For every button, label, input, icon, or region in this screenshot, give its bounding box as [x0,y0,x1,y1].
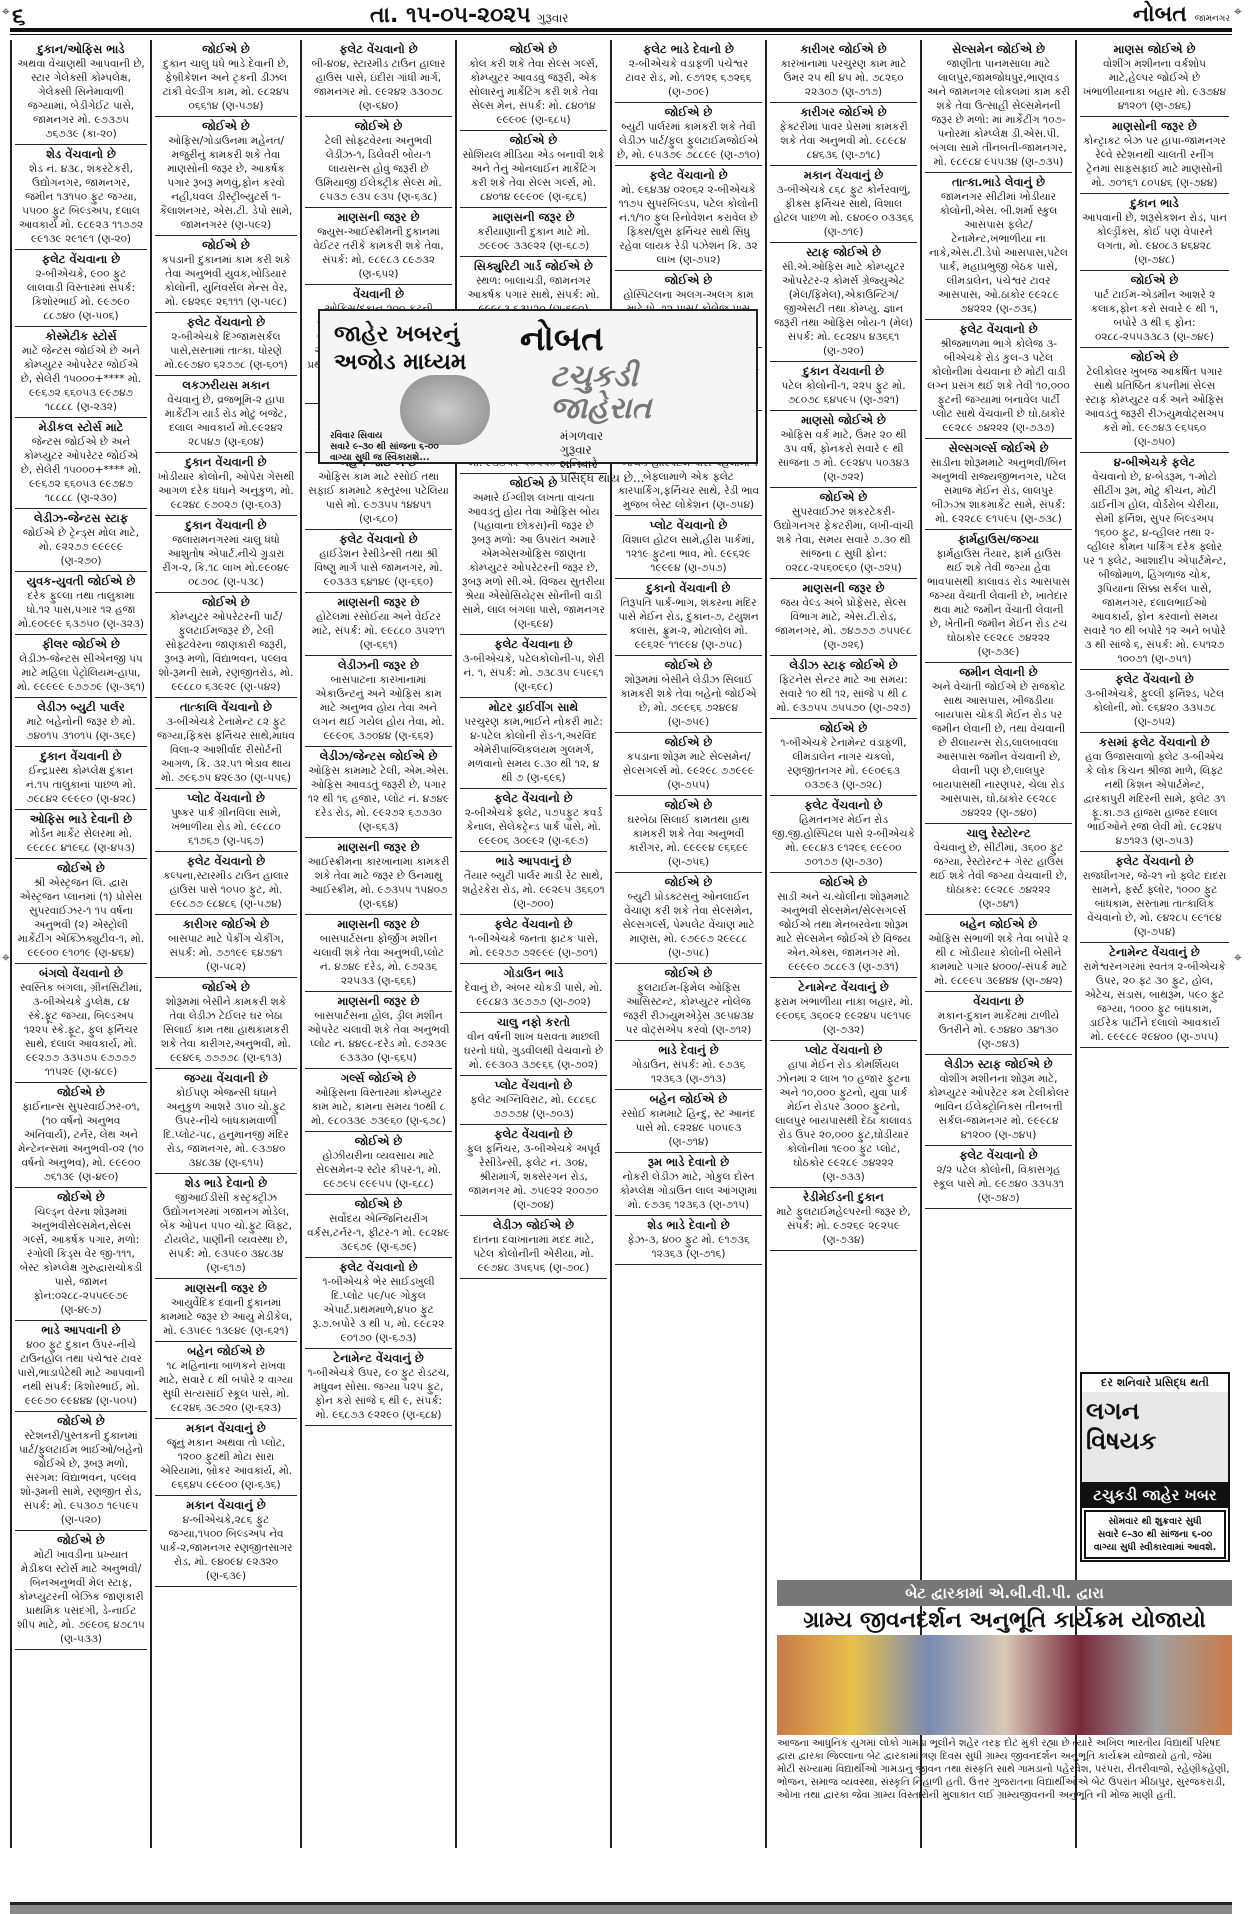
ad-body: જાણીતા પાનમસાલા માટે લાલપુર,જામજોધપુર,ભા… [927,57,1070,169]
ad-body: ૧-બીએચકે ટેનામેન્ટ વંડાફળી, લીમડાલેન નાગ… [772,736,915,792]
ad-body: શ્રીજમાળમાં ભાગે કોલેજ ૩-બીએચકે રોડ કુલ-… [927,337,1070,435]
classified-ad: ભાડે દેવાનું છેગોડાઉન, સંપર્ક: મો. ૯૭૩૬ … [615,1041,762,1090]
news-photo [777,1635,1232,1735]
ad-body: કરીયાણાની દુકાન માટે મો. ૭૯૯૦૯ ૩૩૯૨૨ (ણ-… [462,225,605,253]
ad-title: જોઈએ છે [157,119,295,134]
classified-ad: જોઈએ છેપાર્ટ ટાઈમ-એડમીન આશરે ૨ કલાક,ફોન … [1080,271,1229,348]
classified-ad: જોઈએ છેબ્યુટી પાર્લરમાં કામકરી શકે તેવી … [615,103,762,166]
classified-ad: સેલ્સમેન જોઈએ છેજાણીતા પાનમસાલા માટે લાલ… [925,40,1072,173]
ad-title: લેડીઝની જરૂર છે [307,658,450,673]
classified-ad: જોઈએ છેસાડી અને ચ.ચોલીના શોરૂમમાટે અનુભવ… [770,873,917,978]
ad-title: દુકાનો વેંચવાની છે [617,581,760,596]
classified-ad: માણસની જરૂર છેકરીયાણાની દુકાન માટે મો. ૭… [460,208,607,257]
ad-body: શોરૂમમાં બેસીને લેડીઝ સિલાઈ કામકરી શકે ત… [617,673,760,729]
ad-body: ગોડાઉન, સંપર્ક: મો. ૯૭૩૬ ૧૨૩૬૩ (ણ-૭૧૩) [617,1058,760,1086]
ad-title: માણસની જરૂર છે [772,581,915,596]
classified-ad: ફલેટ વેંચવાનો છેહિમતનગર મેઈન રોડ જી.જી.હ… [770,796,917,873]
classified-column: માણસ જોઈએ છેવોશીંગ મશીનના વર્કશોપ માટે,હ… [1075,40,1232,1848]
registration-mark-icon: ⌖ [2,950,10,966]
promo-timing: રવિવાર સિવાય સવારે ૯-૩૦ થી સાંજના ૬-૦૦ વ… [330,431,439,464]
ad-title: જોઈએ છે [307,119,450,134]
classified-ad: લેડીઝની જરૂર છેબાસપાટના કારખાનામાં એકાઉન… [305,656,452,747]
ad-body: ૧-બીએચકે ઉપર, ૯૦ ફુટ રોડટચ, મધુવન સોસા. … [307,1366,450,1422]
ad-title: દુકાન વેંચવાની છે [17,749,145,764]
classified-ad: જોઈએ છેફાઈનાન્સ સુપરવાઈઝર-૦૧, (૧૦ વર્ષનો… [15,1083,147,1188]
classified-ad: સ્ટાફ જોઈએ છેસી.એ.ઓફિસ માટે કોમ્પ્યુટર ઓ… [770,243,917,362]
ad-title: રેડીમેઈડની દુકાન [772,1190,915,1205]
classified-ad: બહેન જોઈએ છેરસોઈ કામમાટે હિન્દુ, સ્ટ આનં… [615,1090,762,1153]
ad-body: જીઆઈડીસી કંસ્ટ્રક્ટ્રીઝ ઉદ્યોગનગરમાં ગજા… [157,1191,295,1275]
classified-ad: જોઈએ છેશ્રી એસ્ટ્રજન લિ. દ્વારા એસ્ટ્રજન… [15,859,147,964]
promo-brand-logo: નોબત [520,319,604,359]
classified-ad: કારીગર જોઈએ છેકારખાનામાં પરચુરણ કામ માટે… [770,40,917,103]
ad-body: ઓફિસ કામ માટે રસોઈ તથા સફાઈ કામમાટે કસ્ત… [307,470,450,526]
classified-ad: રેડીમેઈડની દુકાનમાટે ફુલટાઈમહેલ્પરની જરૂ… [770,1188,917,1251]
classified-ad: માણસની જરૂર છેજ્યુસ-આઈસ્ક્રીમની દુકાનમાં… [305,208,452,285]
classified-ad: દુકાન વેંચવાની છેખોડીયાર કોલોની, ઓપેરા ગ… [155,453,297,516]
classified-ad: જોઈએ છેશોરૂમમાં બેસીને કામકરી શકે તેવા લ… [155,978,297,1069]
ad-title: જોઈએ છે [1082,273,1227,288]
registration-mark-icon: ⌖ [1234,950,1242,966]
ad-body: રામેશ્વરનગરમાં સ્વતંત્ર ૨-બીએચકે ઉપર, ૨૦… [1082,960,1227,1044]
ad-title: વેંચવાના છે [927,994,1070,1009]
ad-title: ફલેટ વેંચવાનો છે [927,322,1070,337]
classified-ad: ફલેટ ભાડે દેવાનો છે૨-બીએચકે વંડાફળી પંચે… [615,40,762,103]
ad-title: જોઈએ છે [17,861,145,876]
classified-ad: માણસની જરૂર છેઆઈસ્ક્રીમના કારખાનામાં કામ… [305,838,452,915]
ad-body: અને વેચાતી જોઈએ છે રાજકોટ સાથ આસપાસ, ખીજ… [927,680,1070,820]
classified-ad: જોઈએ છેસર્વોદય એન્જિનિયરીંગ વર્કસ,ટર્નર-… [305,1195,452,1258]
ad-body: મોટી ખાવડીના પ્રખ્યાત મેડીકલ સ્ટોર્સ માટ… [17,1548,145,1646]
ad-body: આઈસ્ક્રીમના કારખાનામાં કામકરી શકે તેવા મ… [307,855,450,911]
ad-body: બાસપાર્ટસના ફોર્જીંગ મશીન ચલાવી શકે તેવા… [307,932,450,988]
ad-body: ૩-બીએચકે, પટેલકોલોની-૫, શેરી નં. ૧, સંપર… [462,652,605,694]
ad-body: શોરૂમમાં બેસીને કામકરી શકે તેવા લેડીઝ ટે… [157,995,295,1065]
ad-title: દુકાન વેંચવાની છે [157,455,295,470]
ad-title: કારીગર જોઈએ છે [772,42,915,57]
ad-title: દુકાન વેંચવાની છે [157,518,295,533]
ad-title: ફલેટ વેંચવાનો છે [617,168,760,183]
classified-ad: બંગલો વેંચવાનો છેસ્વસ્તિક બંગલા, ગ્રીનસિ… [15,964,147,1083]
classified-ad: ફલેટ વેંચવાનો છેફુલ ફર્નિચર, ૩-બીએચકે અપ… [460,1125,607,1216]
ad-title: ટેનામેન્ટ વેંચવાનું છે [307,1351,450,1366]
ad-title: લેડીઝ સ્ટાફ જોઈએ છે [772,658,915,673]
ad-title: જોઈએ છે [157,980,295,995]
ad-title: કસમાં ફલેટ વેંચવાનો છે [1082,735,1227,750]
classified-ad: મકાન વેંચવાનું છેજૂનું મકાન અથવા તો પ્લો… [155,1419,297,1496]
classified-ad: શેડ ભાડે દેવાનો છેફેઝ-૩, ૪૦૦ ફુટ મો. ૯૧૭… [615,1216,762,1265]
ad-title: જોઈએ છે [617,798,760,813]
classified-ad: ઓફિસ ભાડે દેવાની છેમોર્ડન માર્કેટ સેલરમા… [15,810,147,859]
classified-ad: જોઈએ છેહોઝીયરીના વ્યવસાય માટે સેલ્સમેન-૨… [305,1132,452,1195]
ad-body: ૩-બીએચકે, ફુલ્લી ફર્નિશ્ડ, પટેલ કોલોની, … [1082,687,1227,729]
ad-body: ખોડીયાર કોલોની, ઓપેરા ગેસથી આગળ દરેક ધંધ… [157,470,295,512]
ad-title: જોઈએ છે [462,133,605,148]
ad-title: ફલેટ વેંચવાનો છે [307,532,450,547]
classified-ad: ફીલર જોઈએ છેલેડીઝ-જેન્ટસ સીએનજી પંપ માટે… [15,635,147,698]
classified-column: જોઈએ છેદુકાન ચાલુ ધંધે ભાડે દેવાની છે, ફ… [150,40,300,1848]
classified-ad: જોઈએ છેટેલીકોલર ખુબજ આકર્ષિત પગાર સાથે પ… [1080,348,1229,453]
ad-body: જેન્ટસ જોઈએ છે અને કોમ્પ્યુટર ઓપરેટર જોઈ… [17,435,145,505]
ad-title: ફલેટ વેંચવાનો છે [1082,854,1227,869]
ad-body: ૨-બીએચકે ફલેટ, ૫૭૫ફુટ કવર્ડ કેનાલ, સેલેક… [462,806,605,848]
ad-title: જોઈએ છે [17,1533,145,1548]
classified-ad: જોઈએ છેઅમારે ઈંગ્લીશ લખતા વાંચતા આવડતું … [460,474,607,635]
ad-body: ઓફિસ સંભાળી શકે તેવા બપોરે ૨ થી ૮ ખોડીયા… [927,932,1070,988]
ad-body: પટેલ કોલોની-૧, ૨૨૫ ફુટ મો. ૭૮૦૭૮ ૬૪૫૯૫ (… [772,379,915,407]
classified-ad: લેડીઝ સ્ટાફ જોઈએ છેવોશીંગ મશીનના શોરૂમ મ… [925,1055,1072,1146]
classified-ad: માણસની જરૂર છેઆયુર્વેદિક દવાની દુકાનમાં … [155,1279,297,1342]
classified-ad: જોઈએ છેચિલ્ડ્ન વેરના શોરૂમમાં અનુભવીસેલ્… [15,1188,147,1321]
ad-title: માણસની જરૂર છે [307,994,450,1009]
ad-body: ૨-બીએચકે, ૯૦૦ ફુટ લાલવાડી વિસ્તારમાં સંપ… [17,267,145,323]
ad-body: સાડીના શોરૂમમાટે અનુભવી/બિન અનુભવી રાજ્ય… [927,456,1070,526]
ad-body: બી-૪૦૪, સ્ટારમીડ ટાઉન હાલાર હાઉસ પાસે, ઇ… [307,57,450,113]
ad-body: વોશીંગ મશીનના શોરૂમ માટે, કોમ્પ્યુટર ઓપર… [927,1072,1070,1142]
ad-title: માણસની જરૂર છે [307,210,450,225]
ad-title: ભાડે આપવાની છે [17,1323,145,1338]
classified-ad: લેડીઝ જોઈએ છેદાંતના દવાખાનામાં મદદ માટે,… [460,1216,607,1279]
ad-body: દુકાન ચાલુ ધંધે ભાડે દેવાની છે, ફેબ્રીકે… [157,57,295,113]
ad-body: જૂનું મકાન અથવા તો પ્લોટ, ૧૨૦૦ ફુટથી મોટ… [157,1436,295,1492]
ad-body: ૨/૨ પટેલ કોલોની, વિકાસગૃહ સ્કૂલ પાસે મો.… [927,1163,1070,1205]
ad-title: જોઈએ છે [1082,350,1227,365]
ad-body: લેડીઝ-જેન્ટસ સીએનજી પંપ માટે મહિલા પેટ્ર… [17,652,145,694]
ad-title: બંગલો વેંચવાનો છે [17,966,145,981]
ad-title: માણસ જોઈએ છે [1082,42,1227,57]
registration-mark-icon: ⌖ [2,4,10,20]
ad-title: માણસની જરૂર છે [157,1281,295,1296]
ad-title: જોઈએ છે [17,1190,145,1205]
ad-body: બાસપાટ માટે પેકીંગ ચેકીંગ, સંપર્ક: મો. ૭… [157,932,295,974]
ad-body: ૧-બીએચકે ભેર સાઈડખુલી દિ.પ્લોટ ૫૯/૫૯ ગોક… [307,1275,450,1345]
ad-body: સ્ટેશનરી/પુસ્તકની દુકાનમાં પાર્ટ/ફુલટાઈમ… [17,1429,145,1527]
ad-body: પુષ્કર પાર્ક ગ્રીનવિલા સામે, ખંભાળીયા રો… [157,806,295,848]
classified-ad: લેડીઝ બ્યુટી પાર્લરમાટે બહેનોની જરૂર છે … [15,698,147,747]
ad-title: માણસની જરૂર છે [307,595,450,610]
ad-body: હોટેલમાં રસોઈયા અને વેઈટર માટે, સંપર્ક: … [307,610,450,652]
ad-title: ટેનામેન્ટ વેંચવાનું છે [1082,945,1227,960]
ad-body: આપવાની છે, શરૂસેકશન રોડ, પાન કોલ્ડ્રીંક્… [1082,211,1227,267]
ad-title: કોસ્મેટીક સ્ટોર્સ [17,329,145,344]
classified-ad: જોઈએ છેટેલી સોફ્ટવેરના અનુભવી લેડીઝ-૧, ડ… [305,117,452,208]
ad-title: ફલેટ વેંચવાના છે [17,252,145,267]
ad-body: વિશાલ હોટલ સામે,હીરા પાર્કમાં, ૧૨૧૯ ફુટન… [617,533,760,575]
classified-ad: ટેનામેન્ટ વેંચવાનું છેફરામ ખંભાળીયા નાકા… [770,978,917,1041]
ad-body: ૧૮ મહિનાના બાળકને રાખવા માટે, સવારે ૮ થી… [157,1359,295,1415]
ad-body: વેચવાનું છે, સીટીમાં, ૩૬૦૦ ફુટ જગ્યા, રે… [927,841,1070,911]
ad-body: માટે જેન્ટસ જોઈએ છે અને કોમ્પ્યુટર ઓપરેટ… [17,344,145,414]
classified-ad: ફલેટ વેંચવાનો છેમો. ૯૬૪૩૪ ૦૨૦૬૨ ૨-બીએચકે… [615,166,762,271]
ad-title: દુકાન ભાડે [1082,196,1227,211]
classified-ad: બહેન જોઈએ છે૧૮ મહિનાના બાળકને રાખવા માટે… [155,1342,297,1419]
ad-title: ભાડે આપવાનું છે [462,854,605,869]
issue-date: તા. ૧૫-૦૫-૨૦૨૫ગુરૂવાર [370,3,568,28]
classified-ad: માણસો જોઈએ છેઓફિસ વર્ક માટે, ઉંમર ૨૦ થી … [770,411,917,488]
page-header: ૬ તા. ૧૫-૦૫-૨૦૨૫ગુરૂવાર નોબત જામનગર [0,0,1250,38]
ad-body: પરચુરણ કામ,ભાઈને નોકરી માટે: ૪-પટેલ કોલો… [462,715,605,785]
classified-ad: કસમાં ફલેટ વેંચવાનો છેહવા ઉજાસવાળો ફ્લેટ… [1080,733,1229,852]
ad-body: સોશિયલ મીડિયા એડ બનાવી શકે અને તેનું ઓનલ… [462,148,605,204]
classified-ad: કારીગર જોઈએ છેબાસપાટ માટે પેકીંગ ચેકીંગ,… [155,915,297,978]
ad-body: ઈન્દ્રપ્રસ્થ કોમ્પ્લેક્ષ દુકાન નં.૧૫ તાલ… [17,764,145,806]
classified-ad: ફલેટ વેંચવાનો છે૧-બીએચકે ભેર સાઈડખુલી દિ… [305,1258,452,1349]
classified-ad: ફલેટ વેંચવાનો છેશ્રીજમાળમાં ભાગે કોલેજ ૩… [925,320,1072,439]
ad-body: જોઈએ છે ટ્રેન્ડ્સ મોલ માટે, મો. ૯૨૨૭૭ ૯૯… [17,526,145,568]
ad-title: શેડ ભાડે દેવાનો છે [617,1218,760,1233]
ad-body: કપડાના શોરૂમ માટે સેલ્સમેન/સેલ્સગર્લ્સ મ… [617,750,760,792]
ad-body: મો. ૯૬૪૩૪ ૦૨૦૬૨ ૨-બીએચકે ૧૧૭૫ સુપરબિલ્ડપ… [617,183,760,267]
ad-title: તાત્કા.ભાડે લેવાનું છે [927,175,1070,190]
ad-title: શેડ ભાડે દેવાનો છે [157,1176,295,1191]
ad-body: શ્રી એસ્ટ્રજન લિ. દ્વારા એસ્ટ્રજન પ્લાનમ… [17,876,145,960]
ad-title: ફાર્મહાઉસ/જગ્યા [927,532,1070,547]
classified-ad: તાત્કાલિ વેંચવાનો છે૩-બીએચકે ટેનામેન્ટ ૮… [155,698,297,789]
classified-ad: ટેનામેન્ટ વેંચવાનું છે૧-બીએચકે ઉપર, ૯૦ ફ… [305,1349,452,1426]
ad-title: બહેન જોઈએ છે [157,1344,295,1359]
ad-title: ફલેટ વેંચવાના છે [462,637,605,652]
classified-ad: બહેન જોઈએ છેઓફિસ કામ માટે રસોઈ તથા સફાઈ … [305,453,452,530]
ad-body: ફાઈનાન્સ સુપરવાઈઝર-૦૧, (૧૦ વર્ષનો અનુભવ … [17,1100,145,1184]
classified-ad: માણસોની જરૂર છેકોન્ટ્રાકટ બેઝ પર હાપા-જા… [1080,117,1229,194]
classified-ad: જોઈએ છેઓફિસ/ગોડાઉનમા મહેનત/મજુરીનું કામક… [155,117,297,236]
classified-ad: જોઈએ છેકપડાની દુકાનમાં કામ કરી શકે તેવા … [155,236,297,313]
classified-ad: સેલ્સગર્લ્સ જોઈએ છેસાડીના શોરૂમમાટે અનુભ… [925,439,1072,530]
classified-ad: જોઈએ છેફુલટાઈમ-ફિમેલ ઓફિસ આસિસ્ટન્ટ, કોમ… [615,964,762,1041]
ad-title: જોઈએ છે [157,42,295,57]
ad-body: ફેક્ટરીમાં પાવર પ્રેસમાં કામકરી શકે તેવા… [772,120,915,162]
classified-ad: જોઈએ છે૧-બીએચકે ટેનામેન્ટ વંડાફળી, લીમડા… [770,719,917,796]
ad-title: ફલેટ વેંચવાનો છે [157,854,295,869]
ad-body: કોઈપણ એજન્સી ધંધાને અનુકુળ આશરે ૩૫૦ ચો.ફ… [157,1086,295,1170]
classified-ad: બહેન જોઈએ છેઓફિસ સંભાળી શકે તેવા બપોરે ૨… [925,915,1072,992]
ad-title: વેંચવાની છે [307,287,450,302]
classified-ad: માણસની જરૂર છેહોટેલમાં રસોઈયા અને વેઈટર … [305,593,452,656]
classified-ad: રૂમ ભાડે દેવાનો છેનોકરી લેડીઝ માટે, ગોકુ… [615,1153,762,1216]
classified-ad: ૪-બીએચકે ફલેટવેંચવાનો છે, ૪-બેડરૂમ, ૧-મો… [1080,453,1229,670]
ad-body: ફિટનેસ સેન્ટર માટે આ સમય: સવારે ૧૦ થી ૧૨… [772,673,915,715]
classified-ad: કોસ્મેટીક સ્ટોર્સમાટે જેન્ટસ જોઈએ છે અને… [15,327,147,418]
ad-title: જોઈએ છે [17,1085,145,1100]
ad-title: લેડીઝ-જેન્ટસ સ્ટાફ [17,511,145,526]
ad-body: હાઈડેશન રેસીડેન્સી તથા શ્રી વિષ્ણુ માર્ગ… [307,547,450,589]
classified-column: દુકાન/ઓફિસ ભાડેઅથવા વેંચાણથી આપવાની છે, … [10,40,150,1848]
classified-ad: જોઈએ છેબ્યુટી પ્રોડક્ટસનું ઓનલાઈન વેંચાણ… [615,873,762,964]
ad-body: ફાર્મહાઉસ તૈયાર, ફાર્મ હાઉસ થઈ શકે તેવી … [927,547,1070,659]
ad-body: વોશીંગ મશીનના વર્કશોપ માટે,હેલ્પર જોઈએ છ… [1082,57,1227,113]
ad-body: રસોઈ કામમાટે હિન્દુ, સ્ટ આનંદ પાસે મો. ૯… [617,1107,760,1149]
classified-ad: લેડીઝ/જેન્ટસ જોઈએ છેઓફિસ કામમાટે ટેલી, એ… [305,747,452,838]
classified-ad: શેડ ભાડે દેવાનો છેજીઆઈડીસી કંસ્ટ્રક્ટ્રી… [155,1174,297,1279]
classified-ad: ફલેટ વેંચવાનો છેકલ્પના,સ્ટારમીડ ટાઉન હાલ… [155,852,297,915]
classified-ad: માણસની જરૂર છેબાસપાર્ટસના ફોર્જીંગ મશીન … [305,915,452,992]
classified-ad: તાત્કા.ભાડે લેવાનું છેજામનગર સીટીમાં ખોડ… [925,173,1072,320]
ad-title: ફલેટ વેંચવાનો છે [307,1260,450,1275]
ad-title: લેડીઝ જોઈએ છે [462,1218,605,1233]
classified-ad: પ્લોટ વેંચવાનો છેફલેટ અગ્નિવિરાટ, મો. ૯૮… [460,1076,607,1125]
classified-ad: જમીન લેવાની છેઅને વેચાતી જોઈએ છે રાજકોટ … [925,663,1072,824]
news-article: બેટ દ્વારકામાં એ.બી.વી.પી. દ્વારા ગ્રામ્… [777,1580,1232,1850]
ad-body: વેંચવાનો છે, ૪-બેડરૂમ, ૧-મોટો સીટીંગ રૂમ… [1082,470,1227,666]
ad-title: લેડીઝ બ્યુટી પાર્લર [17,700,145,715]
ad-title: ફલેટ વેંચવાનો છે [462,917,605,932]
ad-body: દેવાનું છે, અંબર ચોકડી પાસે, મો. ૯૯૮૪૩ ૩… [462,981,605,1009]
promo-days: મંગળવાર ગુરૂવાર શનિવારે પ્રસિદ્ધ થાય છે.… [560,429,644,485]
classified-column: કારીગર જોઈએ છેકારખાનામાં પરચુરણ કામ માટે… [765,40,920,1848]
classified-ad: ફલેટ વેંચવાનો છે૧-બીએચકે જનતા ફાટક પાસે,… [460,915,607,964]
classified-ad: ફલેટ વેંચવાના છે૩-બીએચકે, પટેલકોલોની-૫, … [460,635,607,698]
ad-title: મકાન વેંચવાનું છે [157,1421,295,1436]
ad-title: જગ્યા વેંચવાની છે [157,1071,295,1086]
ad-body: બાસપાર્ટસના હોલ, ડ્રીલ મશીન ઓપરેટ ચલાવી … [307,1009,450,1065]
ad-body: બાસપાટના કારખાનામાં એકાઉન્ટનું અને ઓફિસ … [307,673,450,743]
classified-ad: જોઈએ છેદુકાન ચાલુ ધંધે ભાડે દેવાની છે, ફ… [155,40,297,117]
classified-ad: શેડ વેંચવાનો છેશેડ નં. ૪૩૮, શંકરટેકરી, ઉ… [15,145,147,250]
ad-body: ૪-બીએચકે,૨૮૬ ફુટ જગ્યા,૧૫૦૦ બિલ્ડઅપ નેવ … [157,1513,295,1583]
classified-ad: જોઈએ છેકોમ્પ્યુટર ઓપરેટરની પાર્ટ/ફુલટાઈમ… [155,593,297,698]
tachukdi-promo-box: જાહેર ખબરનુંઅજોડ માધ્યમ નોબત ટચુકડીજાહેર… [318,309,758,464]
classified-ad: ભાડે આપવાની છે૪૦૦ ફુટ દુકાન ઉપર-નીચે ટાઉ… [15,1321,147,1412]
classified-ad: મકાન વેંચવાનું છે૪-બીએચકે,૨૮૬ ફુટ જગ્યા,… [155,1496,297,1587]
classified-ad: ચાલુ રેસ્ટોરન્ટવેચવાનું છે, સીટીમાં, ૩૬૦… [925,824,1072,915]
ad-title: જોઈએ છે [462,42,605,57]
ad-body: ૩-બીએચકે ટેનામેન્ટ ૮૨ ફુટ જગ્યા,ફિક્સ ફર… [157,715,295,785]
ad-body: ૪૦૦ ફુટ દુકાન ઉપર-નીચે ટાઉનહોલ તથા પંચેશ… [17,1338,145,1408]
classified-ad: લકઝરીયસ મકાનવેંચવાનું છે, વ્રજભૂમિ-૨ હાપ… [155,376,297,453]
ad-body: કોલ કરી શકે તેવા સેલ્સ ગર્લ્સ, કોમ્પ્યુટ… [462,57,605,127]
ad-body: રાજધીનગર, જે-૨૧ નો ફ્લેટ દાદરા સામને, ફર… [1082,869,1227,939]
ad-title: પ્લોટ વેંચવાનો છે [617,518,760,533]
ad-body: પાર્ટ ટાઈમ-એડમીન આશરે ૨ કલાક,ફોન કરો સવા… [1082,288,1227,344]
ad-title: જોઈએ છે [307,1134,450,1149]
ad-title: શેડ વેંચવાનો છે [17,147,145,162]
classified-ad: ફલેટ વેંચવાનો છે૨/૨ પટેલ કોલોની, વિકાસગૃ… [925,1146,1072,1209]
classified-ad: ફલેટ વેંચવાનો છેરાજધીનગર, જે-૨૧ નો ફ્લેટ… [1080,852,1229,943]
classified-ad: લેડીઝ-જેન્ટસ સ્ટાફજોઈએ છે ટ્રેન્ડ્સ મોલ … [15,509,147,572]
ad-title: જોઈએ છે [617,966,760,981]
ad-title: ફલેટ વેંચવાનો છે [307,42,450,57]
ad-body: ઘરબેઠા સિલાઈ કામતથા હાથ કામકરી શકે તેવા … [617,813,760,869]
ad-title: પ્લોટ વેંચવાનો છે [772,1043,915,1058]
ad-title: જોઈએ છે [157,595,295,610]
ad-title: ગોડાઉન ભાડે [462,966,605,981]
ad-title: ફલેટ ભાડે દેવાનો છે [617,42,760,57]
ad-title: ચાલુ રેસ્ટોરન્ટ [927,826,1070,841]
classified-ad: મકાન વેંચવાનું છે૩-બીએચકે ૮૬૮ ફુટ કોર્નર… [770,166,917,243]
ad-title: ફલેટ વેંચવાનો છે [1082,672,1227,687]
registration-mark-icon: ⌖ [1234,4,1242,20]
page-number: ૬ [12,2,25,30]
footer-bar [10,1902,1232,1914]
classified-ad: કારીગર જોઈએ છેફેક્ટરીમાં પાવર પ્રેસમાં ક… [770,103,917,166]
ad-title: ઓફિસ ભાડે દેવાની છે [17,812,145,827]
ad-title: માણસોની જરૂર છે [1082,119,1227,134]
ad-title: જોઈએ છે [772,875,915,890]
classified-ad: ફલેટ વેંચવાનો છે૩-બીએચકે, ફુલ્લી ફર્નિશ્… [1080,670,1229,733]
ad-body: ૨-બીએચકે દિગ્જામસર્કલ પાસે,સસ્તામાં તાત્… [157,330,295,372]
ad-title: ફલેટ વેંચવાનો છે [462,791,605,806]
ad-title: જોઈએ છે [307,1197,450,1212]
ad-body: ઓફિસ/ગોડાઉનમા મહેનત/મજુરીનું કામકરી શકે … [157,134,295,232]
classified-ad: ફાર્મહાઉસ/જગ્યાફાર્મહાઉસ તૈયાર, ફાર્મ હા… [925,530,1072,663]
ad-title: સેલ્સમેન જોઈએ છે [927,42,1070,57]
ad-body: મકાન-દુકાન માર્કેટમાં ટાળીયે ઉતરીને મો. … [927,1009,1070,1051]
newspaper-logo: નોબત જામનગર [1133,2,1230,27]
ad-body: સી.એ.ઓફિસ માટે કોમ્પ્યુટર ઓપરેટર-૨ કોમર્… [772,260,915,358]
classified-ad: જગ્યા વેંચવાની છેકોઈપણ એજન્સી ધંધાને અનુ… [155,1069,297,1174]
ad-body: જ્યુસ-આઈસ્ક્રીમની દુકાનમાં વેઈટર તરીકે ક… [307,225,450,281]
classified-ad: જોઈએ છેસ્ટેશનરી/પુસ્તકની દુકાનમાં પાર્ટ/… [15,1412,147,1531]
classified-ad: દુકાન ભાડેઆપવાની છે, શરૂસેકશન રોડ, પાન ક… [1080,194,1229,271]
ad-body: જલારામનગરમાં ચાલુ ધંધો આશુતોષ એપાર્ટ.નીચ… [157,533,295,589]
classified-ad: મેડીકલ સ્ટોર્સ માટેજેન્ટસ જોઈએ છે અને કો… [15,418,147,509]
ad-title: ચાલુ નફો કરતો [462,1015,605,1030]
classified-ad: માણસની જરૂર છેબાસપાર્ટસના હોલ, ડ્રીલ મશી… [305,992,452,1069]
classified-ad: પ્લોટ વેંચવાનો છેવિશાલ હોટલ સામે,હીરા પા… [615,516,762,579]
ad-title: કારીગર જોઈએ છે [772,105,915,120]
ad-body: ફલેટ અગ્નિવિરાટ, મો. ૯૮૮૬૮ ૭૭૭૭૪ (ણ-૭૦૩) [462,1093,605,1121]
classified-ad: ભાડે આપવાનું છેતૈયાર બ્યુટી પાર્લર માડી … [460,852,607,915]
ad-body: કોમ્પ્યુટર ઓપરેટરની પાર્ટ/ફુલટાઈમજરૂર છે… [157,610,295,694]
ad-body: જય વેલ્ડ અંબે પ્રોફેસર, સેલ્સ વિભાગ માટે… [772,596,915,652]
ad-title: મોટર ડ્રાઈવીંગ સાથે [462,700,605,715]
edition: જામનગર [1195,14,1230,24]
ad-title: લકઝરીયસ મકાન [157,378,295,393]
ad-title: જોઈએ છે [17,1414,145,1429]
ad-body: બ્યુટી પ્રોડક્ટસનું ઓનલાઈન વેંચાણ કરી શક… [617,890,760,960]
ad-body: શેડ નં. ૪૩૮, શંકરટેકરી, ઉદ્યોગનગર, જામનગ… [17,162,145,246]
ad-title: માણસો જોઈએ છે [772,413,915,428]
ad-title: ફીલર જોઈએ છે [17,637,145,652]
ad-body: માટે ફુલટાઈમહેલ્પરની જરૂર છે, સંપર્ક: મો… [772,1205,915,1247]
ad-title: જોઈએ છે [617,273,760,288]
ad-body: અથવા વેંચાણથી આપવાની છે, સ્ટાર ગેલેક્સી … [17,57,145,141]
classified-ad: ગર્લ્સ જોઈએ છેઓફિસના વિસ્તારમાં કોમ્પ્યુ… [305,1069,452,1132]
ad-body: ૧-બીએચકે જનતા ફાટક પાસે, મો. ૯૯૨૭૭ ૭૨૯૯૯… [462,932,605,960]
ad-body: સ્વસ્તિક બંગલા, ગ્રીનસિટીમાં, ૩-બીએચકે ડ… [17,981,145,1079]
classified-ad: પ્લોટ વેંચવાનો છેપુષ્કર પાર્ક ગ્રીનવિલા … [155,789,297,852]
ad-body: હોઝીયરીના વ્યવસાય માટે સેલ્સમેન-૨ સ્ટોર … [307,1149,450,1191]
ad-title: લેડીઝ/જેન્ટસ જોઈએ છે [307,749,450,764]
news-kicker: બેટ દ્વારકામાં એ.બી.વી.પી. દ્વારા [777,1580,1232,1606]
ad-body: ફરામ ખંભાળીયા નાકા બહાર, મો. ૯૯૦૬૬ ૩૬૦૯૨… [772,995,915,1037]
classified-ad: જોઈએ છેમોટી ખાવડીના પ્રખ્યાત મેડીકલ સ્ટો… [15,1531,147,1650]
ad-body: ઓફિસના વિસ્તારમાં કોમ્પ્યુટર કામ માટે, ક… [307,1086,450,1128]
ad-body: બ્યુટી પાર્લરમાં કામકરી શકે તેવી લેડીઝ પ… [617,120,760,162]
classified-ad: મોટર ડ્રાઈવીંગ સાથેપરચુરણ કામ,ભાઈને નોકર… [460,698,607,789]
classified-ad: દુકાન વેંચવાની છેજલારામનગરમાં ચાલુ ધંધો … [155,516,297,593]
promo-headline: જાહેર ખબરનુંઅજોડ માધ્યમ [334,321,466,377]
classified-ad: જોઈએ છેકપડાના શોરૂમ માટે સેલ્સમેન/સેલ્સગ… [615,733,762,796]
classified-ad: ટેનામેન્ટ વેંચવાનું છેરામેશ્વરનગરમાં સ્વ… [1080,943,1229,1048]
ad-body: ટેલીકોલર ખુબજ આકર્ષિત પગાર સાથે પ્રતિષ્ઠ… [1082,365,1227,449]
classified-column: સેલ્સમેન જોઈએ છેજાણીતા પાનમસાલા માટે લાલ… [920,40,1075,1848]
ad-title: ટેનામેન્ટ વેંચવાનું છે [772,980,915,995]
classified-ad: દુકાનો વેંચવાની છેતિરૂપતિ પાર્ક-ભાગ, શંક… [615,579,762,656]
ad-title: ફલેટ વેંચવાનો છે [157,315,295,330]
lagan-vishayak-box: દર શનિવારે પ્રસિદ્ધ થતી લગનવિષયક ટચુકડી … [1080,1372,1230,1562]
ad-body: ફુલ ફર્નિચર, ૩-બીએચકે અપૂર્વ રેસીડેન્સી,… [462,1142,605,1212]
ad-body: સાડી અને ચ.ચોલીના શોરૂમમાટે અનુભવી સેલ્સ… [772,890,915,974]
news-body: આજના આધુનિક યુગમાં લોકો ગામડા ભૂલીને શહે… [777,1735,1232,1804]
ad-body: કપડાની દુકાનમાં કામ કરી શકે તેવા અનુભવી … [157,253,295,309]
ad-title: બહેન જોઈએ છે [927,917,1070,932]
ad-body: નોકરી લેડીઝ માટે, ગોકુલ દોસ્ત કોમ્પ્લેક્… [617,1170,760,1212]
classified-ad: જોઈએ છેશોરૂમમાં બેસીને લેડીઝ સિલાઈ કામકર… [615,656,762,733]
ad-body: કારખાનામાં પરચુરણ કામ માટે ઉંમર ૨૫ થી ૪૫… [772,57,915,99]
ad-title: સિક્યુરિટી ગાર્ડ જોઈએ છે [462,259,605,274]
ad-body: અમારે ઈંગ્લીશ લખતા વાંચતા આવડતું હોય તેવ… [462,491,605,631]
